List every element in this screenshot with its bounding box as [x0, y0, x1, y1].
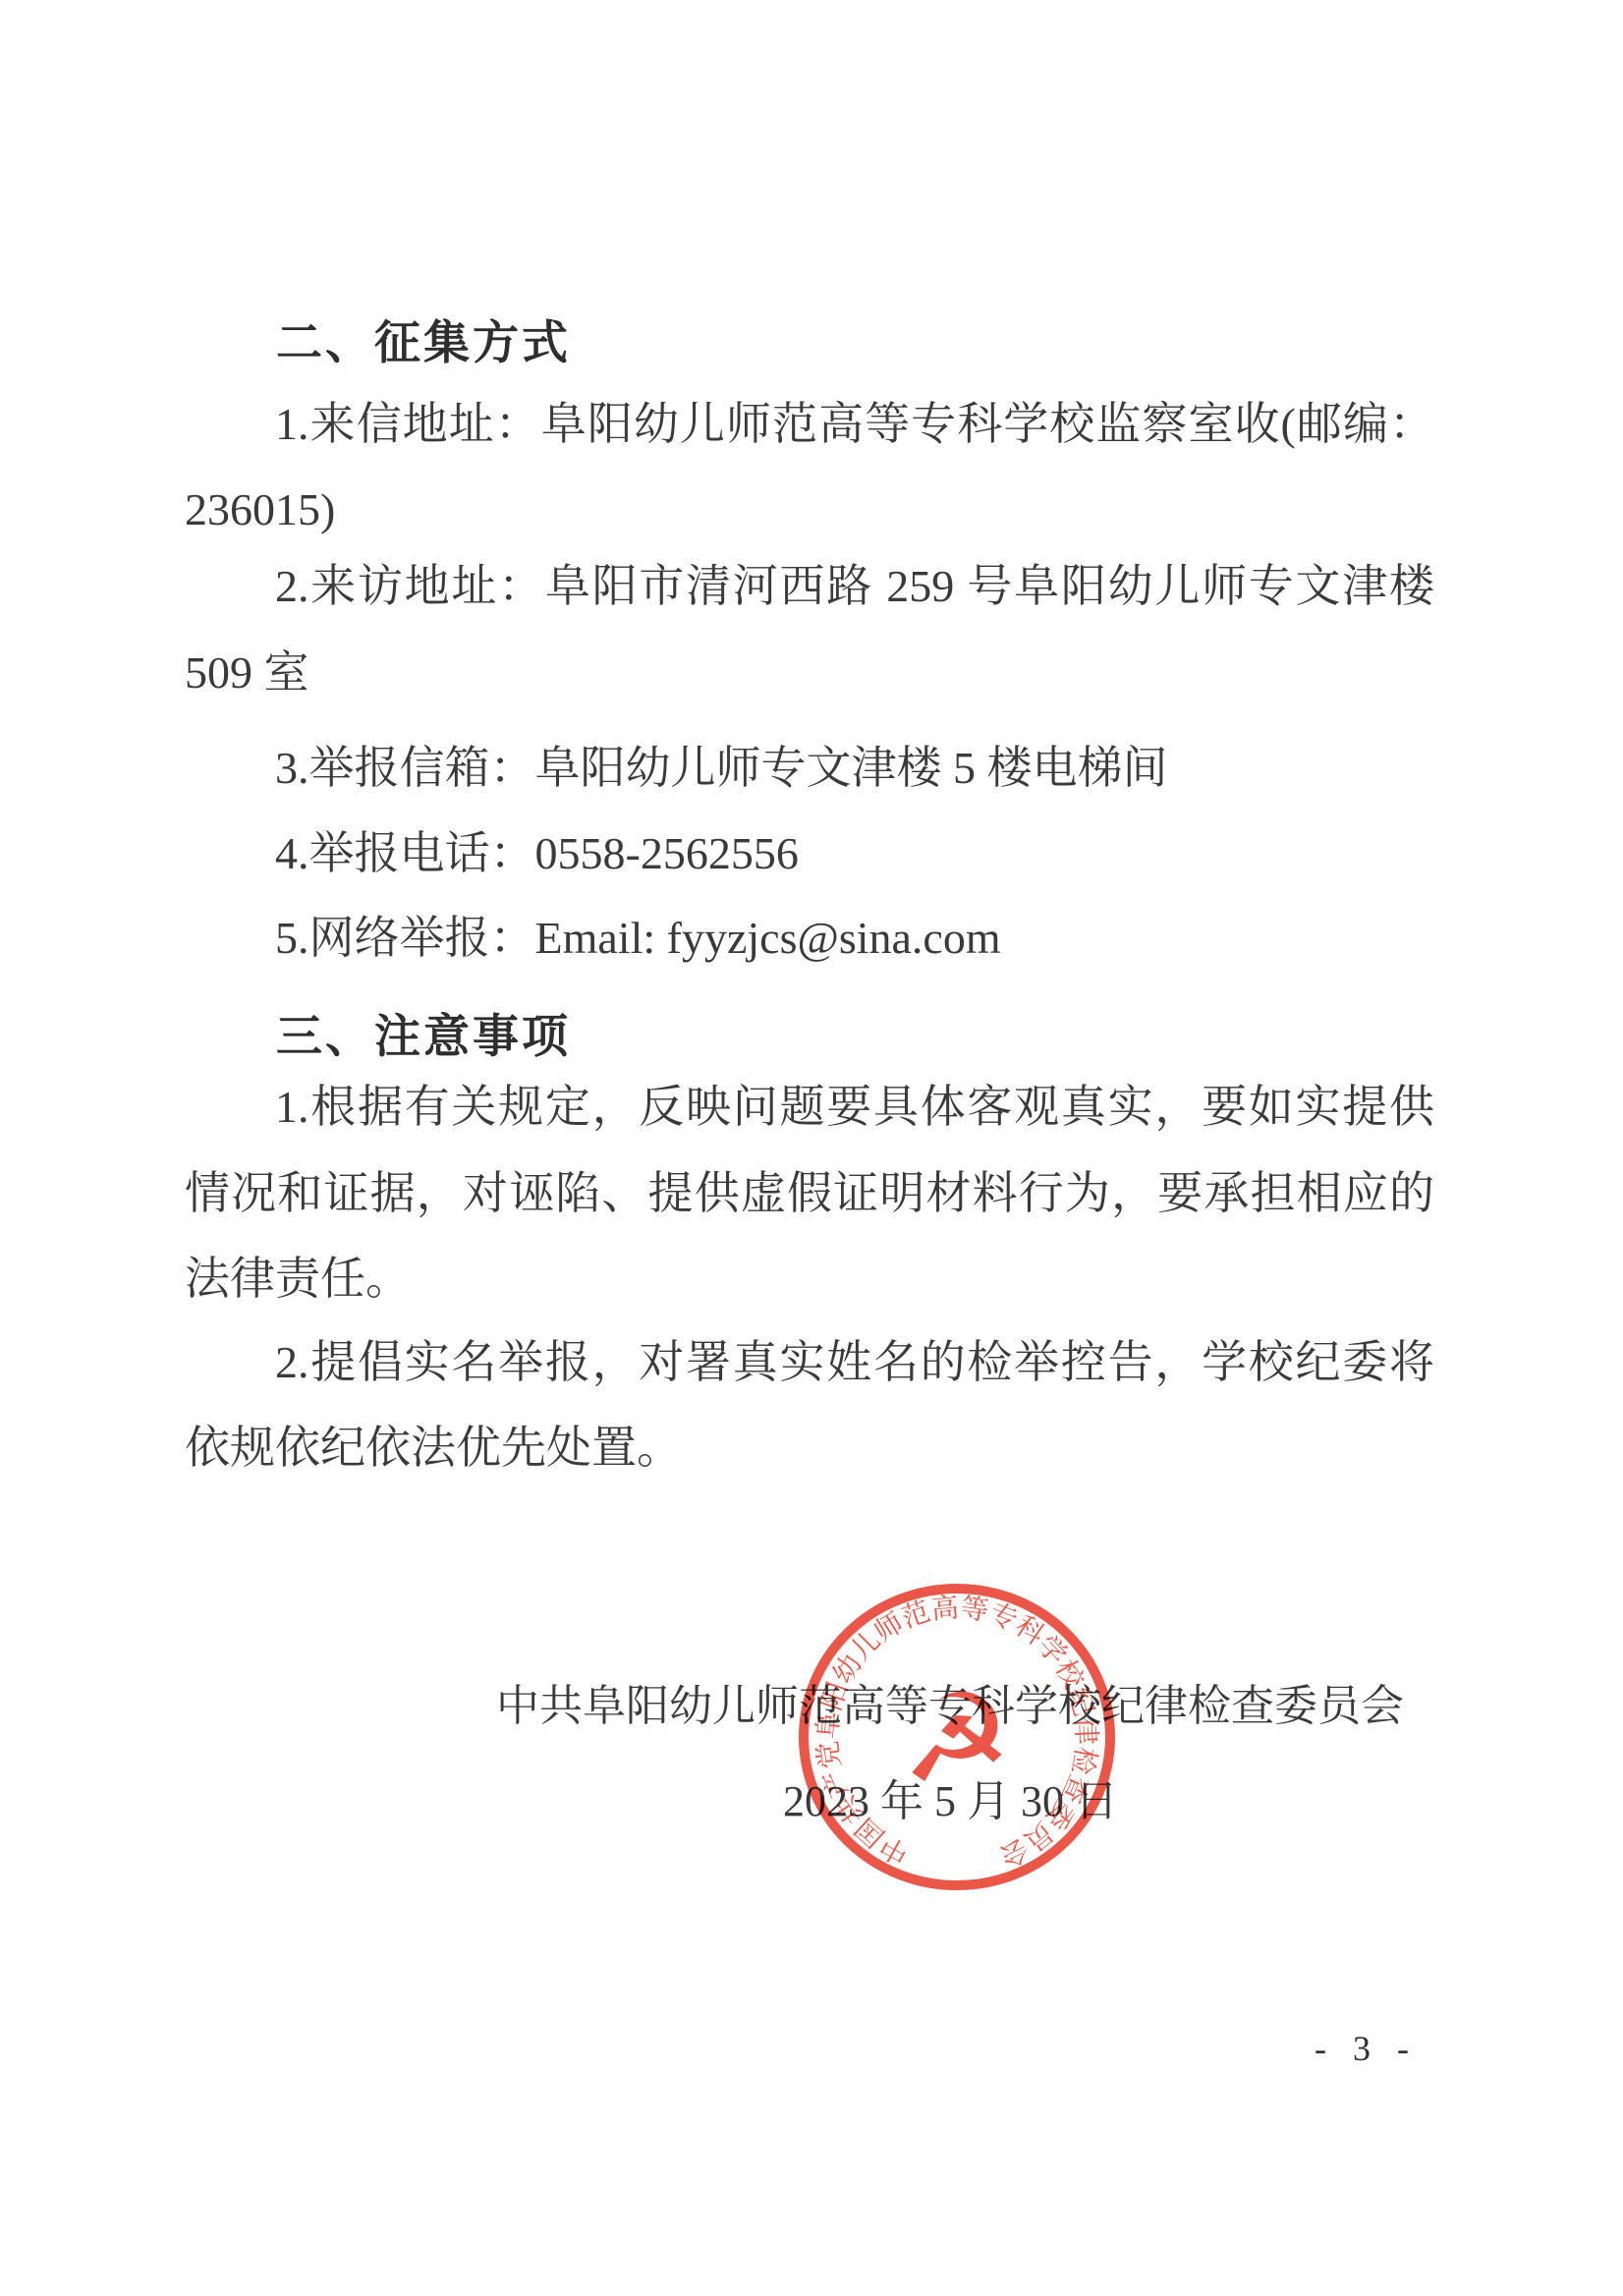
section2-heading: 二、征集方式	[276, 307, 571, 372]
section3-heading: 三、注意事项	[276, 1000, 571, 1066]
report-phone-line: 4.举报电话：0558-2562556	[185, 827, 1434, 880]
report-email-line: 5.网络举报：Email: fyyzjcs@sina.com	[185, 912, 1434, 965]
notes-para1-line3: 法律责任。	[185, 1253, 1434, 1306]
notes-para2-line2: 依规依纪依法优先处置。	[185, 1422, 1434, 1475]
page-number: - 3 -	[1315, 2028, 1418, 2069]
document-page: 二、征集方式 1.来信地址：阜阳幼儿师范高等专科学校监察室收(邮编： 23601…	[0, 0, 1623, 2296]
letter-address-line1: 1.来信地址：阜阳幼儿师范高等专科学校监察室收(邮编：	[185, 398, 1434, 451]
report-mailbox-line: 3.举报信箱：阜阳幼儿师专文津楼 5 楼电梯间	[185, 742, 1434, 795]
letter-address-line2: 236015)	[185, 483, 1434, 536]
notes-para1-line1: 1.根据有关规定，反映问题要具体客观真实，要如实提供	[185, 1081, 1434, 1134]
visit-address-line2: 509 室	[185, 646, 1434, 700]
hammer-and-sickle-icon: ☭	[902, 1668, 1012, 1811]
notes-para1-line2: 情况和证据，对诬陷、提供虚假证明材料行为，要承担相应的	[185, 1167, 1434, 1220]
notes-para2-line1: 2.提倡实名举报，对署真实姓名的检举控告，学校纪委将	[185, 1336, 1434, 1389]
official-red-seal: 中国共产党阜阳幼儿师范高等专科学校纪律检查委员会 ☭	[790, 1577, 1124, 1901]
visit-address-line1: 2.来访地址：阜阳市清河西路 259 号阜阳幼儿师专文津楼	[185, 560, 1434, 613]
